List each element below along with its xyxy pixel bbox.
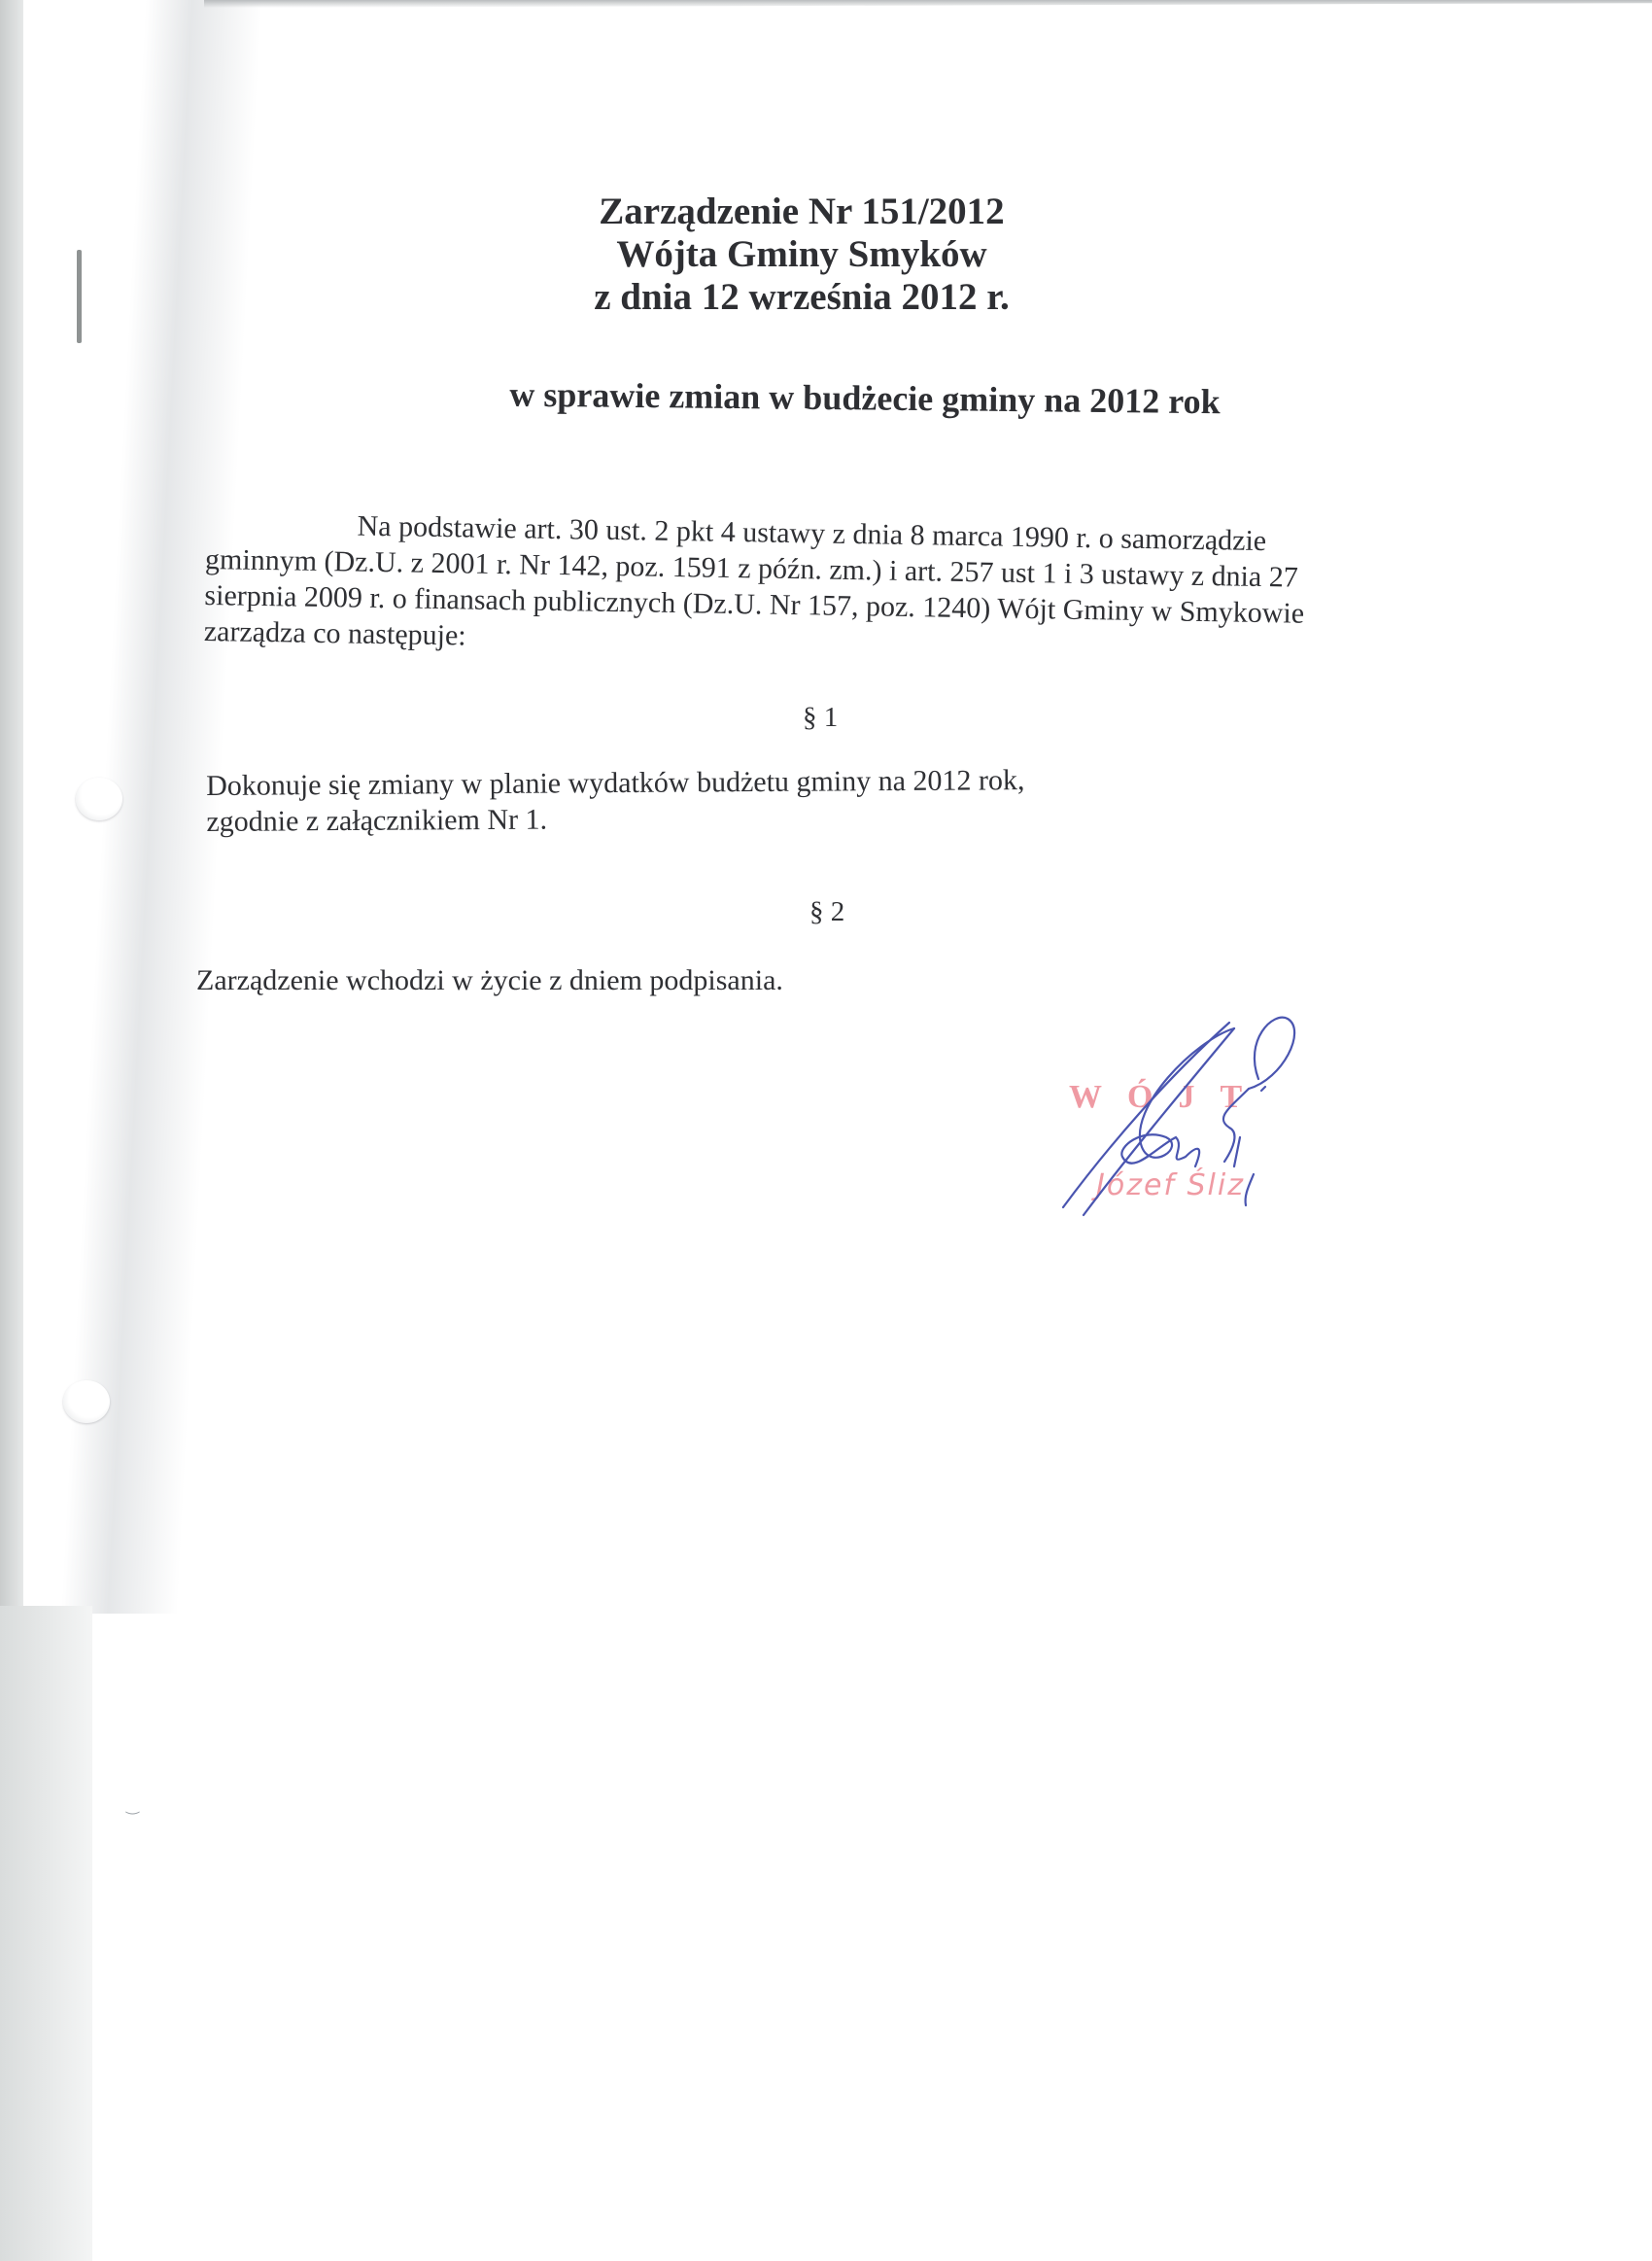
document-date: z dnia 12 września 2012 r. [0, 276, 1652, 319]
section-2-line: Zarządzenie wchodzi w życie z dniem podp… [196, 962, 783, 998]
section-2-heading: § 2 [809, 896, 844, 928]
section-1-line: Dokonuje się zmiany w planie wydatków bu… [206, 762, 1025, 804]
section-2-text: Zarządzenie wchodzi w życie z dniem podp… [196, 962, 783, 998]
document-header: Zarządzenie Nr 151/2012 Wójta Gminy Smyk… [0, 191, 1652, 319]
document-subject: w sprawie zmian w budżecie gminy na 2012… [0, 368, 1652, 427]
section-1-line: zgodnie z załącznikiem Nr 1. [206, 798, 1025, 840]
scan-top-edge [204, 0, 1652, 8]
section-1-heading: § 1 [803, 702, 838, 734]
document-title: Zarządzenie Nr 151/2012 [0, 191, 1652, 233]
official-stamp: WÓJT Józef Śliz [1050, 1001, 1360, 1235]
punch-hole [76, 778, 122, 820]
punch-hole [63, 1380, 110, 1423]
document-issuer: Wójta Gminy Smyków [0, 233, 1652, 276]
preamble-paragraph: Na podstawie art. 30 ust. 2 pkt 4 ustawy… [204, 505, 1469, 671]
stray-pen-mark: ‿ [126, 1796, 139, 1816]
section-1-text: Dokonuje się zmiany w planie wydatków bu… [206, 762, 1025, 840]
scan-lower-edge [0, 1606, 92, 2261]
handwritten-signature [1050, 1001, 1360, 1235]
